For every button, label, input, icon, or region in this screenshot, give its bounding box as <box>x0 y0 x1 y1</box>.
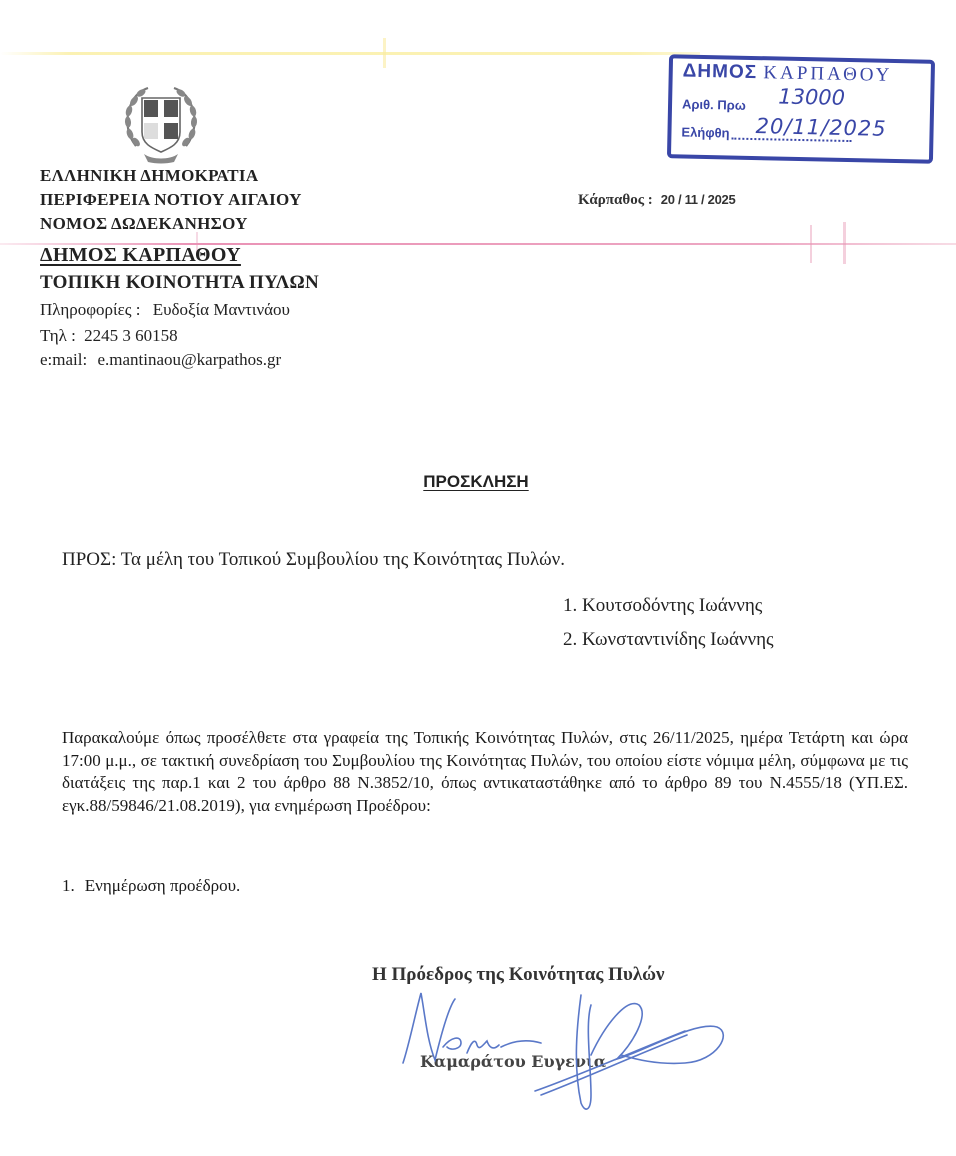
protocol-stamp: ΔΗΜΟΣ ΚΑΡΠΑΘΟΥ Αριθ. Πρω 13000 Ελήφθη 20… <box>667 54 935 164</box>
header-community: ΤΟΠΙΚΗ ΚΟΙΝΟΤΗΤΑ ΠΥΛΩΝ <box>40 272 319 294</box>
email-label: e:mail: <box>40 350 87 369</box>
contact-info-value: Ευδοξία Μαντινάου <box>153 300 290 319</box>
handwritten-signature-icon <box>395 985 745 1120</box>
phone-value: 2245 3 60158 <box>84 326 178 345</box>
signatory-title: Η Πρόεδρος της Κοινότητας Πυλών <box>372 964 665 986</box>
invitation-body: Παρακαλούμε όπως προσέλθετε στα γραφεία … <box>62 727 908 817</box>
stamp-received-date: 20/11/2025 <box>755 114 887 141</box>
scan-artifact-line <box>810 225 812 263</box>
member-list-item: 2. Κωνσταντινίδης Ιωάννης <box>563 629 774 651</box>
greek-coat-of-arms-icon <box>122 84 200 166</box>
phone-row: Τηλ : 2245 3 60158 <box>40 326 178 346</box>
place-label: Κάρπαθος : <box>578 192 653 208</box>
member-list-item: 1. Κουτσοδόντης Ιωάννης <box>563 595 762 617</box>
agenda-item: 1.Ενημέρωση προέδρου. <box>62 876 240 896</box>
recipient-line: ΠΡΟΣ: Τα μέλη του Τοπικού Συμβουλίου της… <box>62 549 565 571</box>
contact-info-row: Πληροφορίες : Ευδοξία Μαντινάου <box>40 300 290 320</box>
header-prefecture: ΝΟΜΟΣ ΔΩΔΕΚΑΝΗΣΟΥ <box>40 214 248 234</box>
stamp-protocol-label: Αριθ. Πρω <box>682 97 746 113</box>
phone-label: Τηλ : <box>40 326 76 345</box>
document-title: ΠΡΟΣΚΛΗΣΗ <box>0 472 956 492</box>
document-date: 20 / 11 / 2025 <box>661 192 736 207</box>
stamp-received-label: Ελήφθη <box>681 125 729 141</box>
header-region: ΠΕΡΙΦΕΡΕΙΑ ΝΟΤΙΟΥ ΑΙΓΑΙΟΥ <box>40 190 302 210</box>
contact-info-label: Πληροφορίες : <box>40 300 140 319</box>
header-country: ΕΛΛΗΝΙΚΗ ΔΗΜΟΚΡΑΤΙΑ <box>40 166 258 186</box>
stamp-title: ΔΗΜΟΣ ΚΑΡΠΑΘΟΥ <box>683 61 893 87</box>
email-row: e:mail: e.mantinaou@karpathos.gr <box>40 350 281 370</box>
agenda-item-number: 1. <box>62 876 75 895</box>
agenda-item-text: Ενημέρωση προέδρου. <box>85 876 241 895</box>
scan-artifact-line <box>843 222 846 264</box>
place-date-line: Κάρπαθος :20 / 11 / 2025 <box>578 192 735 209</box>
header-municipality: ΔΗΜΟΣ ΚΑΡΠΑΘΟΥ <box>40 244 241 267</box>
scan-artifact-line <box>0 52 700 55</box>
email-value: e.mantinaou@karpathos.gr <box>97 350 281 369</box>
stamp-protocol-number: 13000 <box>778 85 845 110</box>
scan-artifact-line <box>383 38 386 68</box>
